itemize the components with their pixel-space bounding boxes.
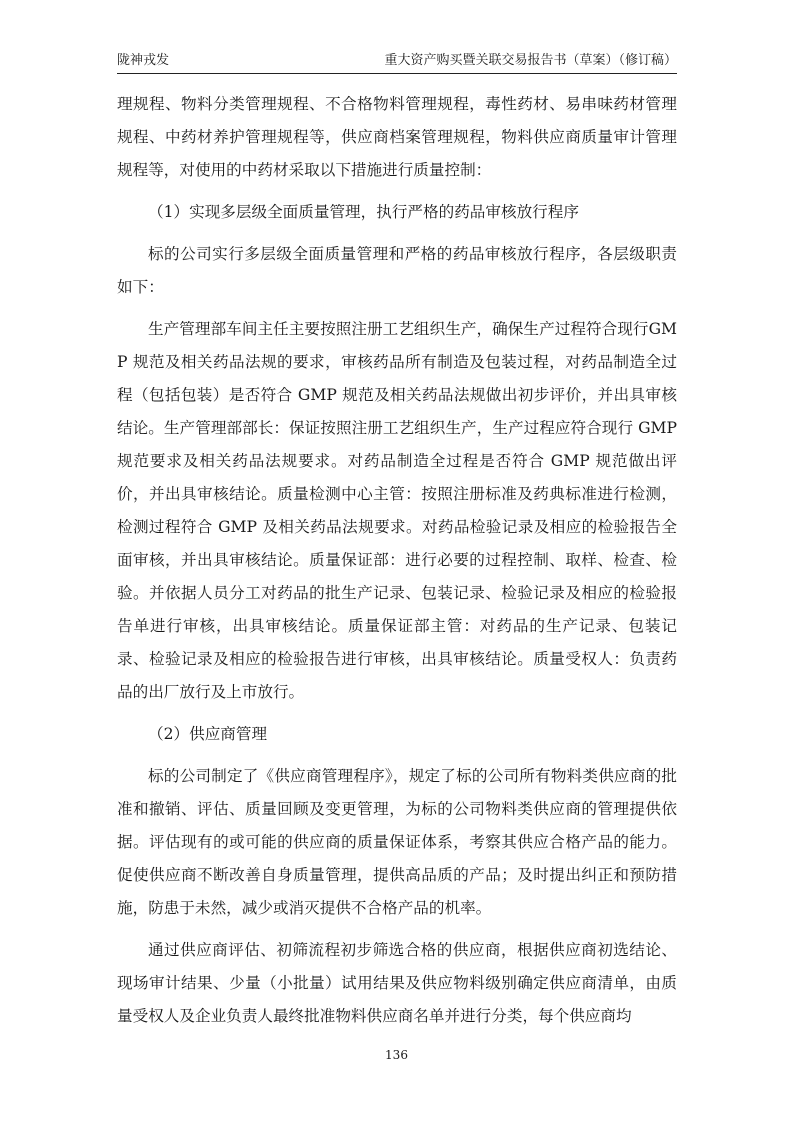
paragraph: 标的公司实行多层级全面质量管理和严格的药品审核放行程序，各层级职责如下： [117,238,677,304]
paragraph-continuation: 理规程、物料分类管理规程、不合格物料管理规程，毒性药材、易串味药材管理规程、中药… [117,88,677,187]
page-header: 陇神戎发 重大资产购买暨关联交易报告书（草案）（修订稿） [117,51,677,74]
header-company-name: 陇神戎发 [117,51,169,71]
header-document-title: 重大资产购买暨关联交易报告书（草案）（修订稿） [384,51,677,71]
paragraph: 标的公司制定了《供应商管理程序》，规定了标的公司所有物料类供应商的批准和撤销、评… [117,760,677,925]
paragraph: 通过供应商评估、初筛流程初步筛选合格的供应商，根据供应商初选结论、现场审计结果、… [117,934,677,1033]
section-heading-1: （1）实现多层级全面质量管理，执行严格的药品审核放行程序 [117,196,677,229]
paragraph: 生产管理部车间主任主要按照注册工艺组织生产，确保生产过程符合现行GMP 规范及相… [117,313,677,709]
page-body: 理规程、物料分类管理规程、不合格物料管理规程，毒性药材、易串味药材管理规程、中药… [117,88,677,1033]
page-number: 136 [0,1048,793,1062]
section-heading-2: （2）供应商管理 [117,718,677,751]
